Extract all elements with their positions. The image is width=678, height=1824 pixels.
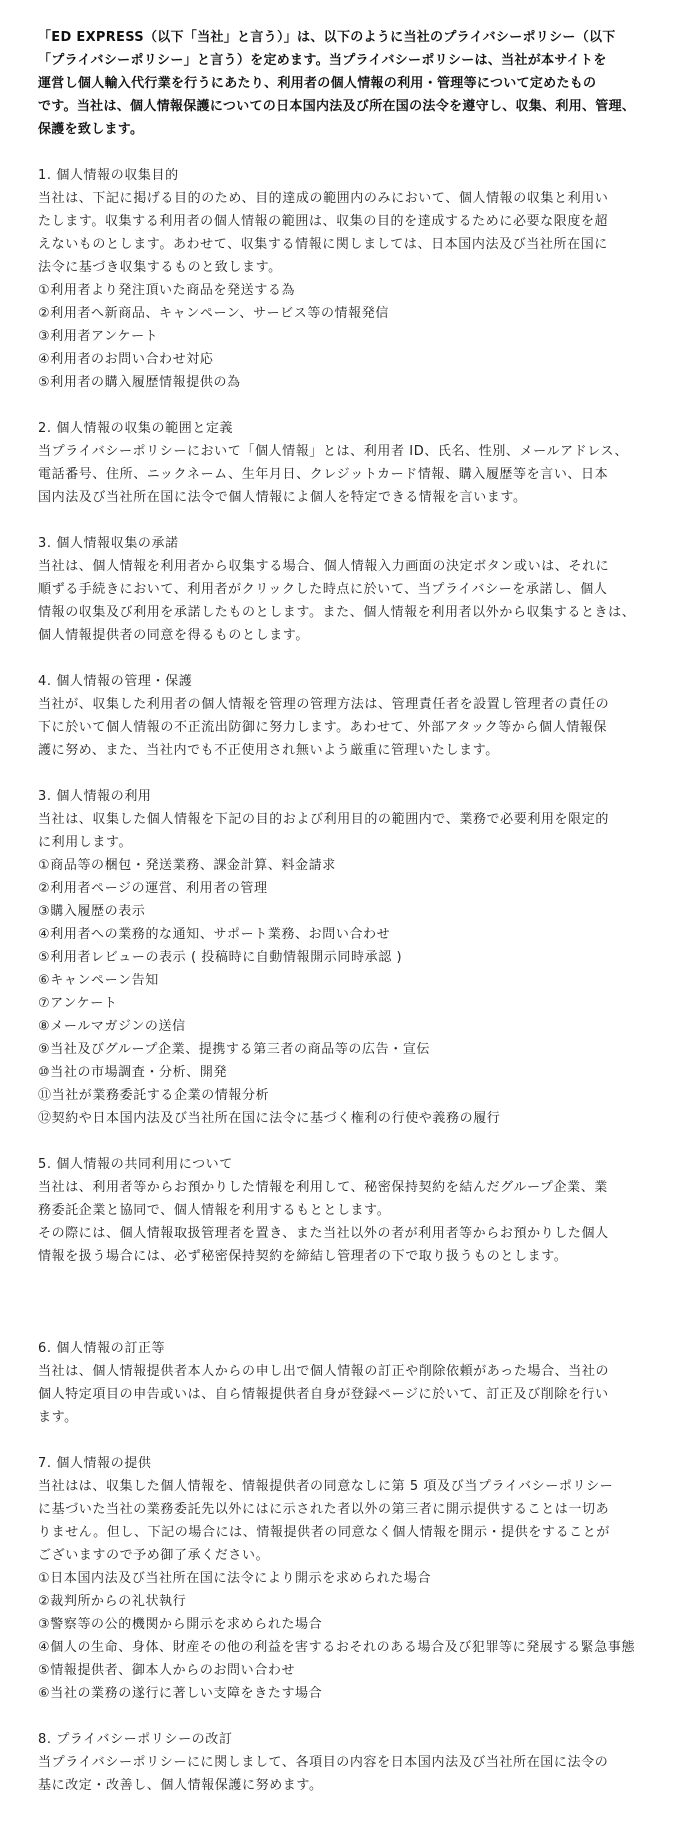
- list-item: ⑩当社の市場調査・分析、開発: [38, 1061, 648, 1084]
- section-disclosure: 7. 個人情報の提供 当社はは、収集した個人情報を、情報提供者の同意なしに第 5…: [38, 1452, 648, 1705]
- section-collection-purpose: 1. 個人情報の収集目的 当社は、下記に掲げる目的のため、目的達成の範囲内のみに…: [38, 164, 648, 394]
- section-body-line: 個人情報提供者の同意を得るものとします。: [38, 624, 648, 647]
- intro-line: です。当社は、個人情報保護についての日本国内法及び所在国の法令を遵守し、収集、利…: [38, 95, 648, 118]
- intro-line: 「ED EXPRESS（以下「当社」と言う）」は、以下のように当社のプライバシー…: [38, 26, 648, 49]
- section-body-line: えないものとします。あわせて、収集する情報に関しましては、日本国内法及び当社所在…: [38, 233, 648, 256]
- list-item: ⑨当社及びグループ企業、提携する第三者の商品等の広告・宣伝: [38, 1038, 648, 1061]
- list-item: ②利用者ページの運営、利用者の管理: [38, 877, 648, 900]
- list-item: ④利用者への業務的な通知、サポート業務、お問い合わせ: [38, 923, 648, 946]
- section-body-line: 個人特定項目の申告或いは、自ら情報提供者自身が登録ページに於いて、訂正及び削除を…: [38, 1383, 648, 1406]
- section-body-line: 下に於いて個人情報の不正流出防御に努力します。あわせて、外部アタック等から個人情…: [38, 716, 648, 739]
- section-body-line: 護に努め、また、当社内でも不正使用され無いよう厳重に管理いたします。: [38, 739, 648, 762]
- list-item: ③警察等の公的機関から開示を求められた場合: [38, 1613, 648, 1636]
- section-list: ①日本国内法及び当社所在国に法令により開示を求められた場合 ②裁判所からの礼状執…: [38, 1567, 648, 1705]
- section-heading: 1. 個人情報の収集目的: [38, 164, 648, 187]
- section-body-line: 当社は、個人情報提供者本人からの申し出で個人情報の訂正や削除依頼があった場合、当…: [38, 1360, 648, 1383]
- intro-line: 「プライバシーポリシー」と言う）を定めます。当プライバシーポリシーは、当社が本サ…: [38, 49, 648, 72]
- section-correction: 6. 個人情報の訂正等 当社は、個人情報提供者本人からの申し出で個人情報の訂正や…: [38, 1337, 648, 1429]
- privacy-policy-page: 「ED EXPRESS（以下「当社」と言う）」は、以下のように当社のプライバシー…: [0, 0, 648, 1797]
- section-body-line: に利用します。: [38, 831, 648, 854]
- list-item: ①利用者より発注頂いた商品を発送する為: [38, 279, 648, 302]
- section-body-line: 情報の収集及び利用を承諾したものとします。また、個人情報を利用者以外から収集する…: [38, 601, 648, 624]
- list-item: ④利用者のお問い合わせ対応: [38, 348, 648, 371]
- section-collection-consent: 3. 個人情報収集の承諾 当社は、個人情報を利用者から収集する場合、個人情報入力…: [38, 532, 648, 647]
- section-body-line: 当プライバシーポリシーにに関しまして、各項目の内容を日本国内法及び当社所在国に法…: [38, 1751, 648, 1774]
- list-item: ①日本国内法及び当社所在国に法令により開示を求められた場合: [38, 1567, 648, 1590]
- list-item: ⑤利用者の購入履歴情報提供の為: [38, 371, 648, 394]
- section-body-line: 当プライバシーポリシーにおいて「個人情報」とは、利用者 ID、氏名、性別、メール…: [38, 440, 648, 463]
- section-body-line: 電話番号、住所、ニックネーム、生年月日、クレジットカード情報、購入履歴等を言い、…: [38, 463, 648, 486]
- section-body-line: 当社が、収集した利用者の個人情報を管理の管理方法は、管理責任者を設置し管理者の責…: [38, 693, 648, 716]
- section-heading: 4. 個人情報の管理・保護: [38, 670, 648, 693]
- list-item: ②利用者へ新商品、キャンペーン、サービス等の情報発信: [38, 302, 648, 325]
- section-management-protection: 4. 個人情報の管理・保護 当社が、収集した利用者の個人情報を管理の管理方法は、…: [38, 670, 648, 762]
- list-item: ⑪当社が業務委託する企業の情報分析: [38, 1084, 648, 1107]
- section-body-line: 当社は、収集した個人情報を下記の目的および利用目的の範囲内で、業務で必要利用を限…: [38, 808, 648, 831]
- section-heading: 3. 個人情報の利用: [38, 785, 648, 808]
- section-heading: 2. 個人情報の収集の範囲と定義: [38, 417, 648, 440]
- section-policy-revision: 8. プライバシーポリシーの改訂 当プライバシーポリシーにに関しまして、各項目の…: [38, 1728, 648, 1797]
- intro-paragraph: 「ED EXPRESS（以下「当社」と言う）」は、以下のように当社のプライバシー…: [38, 26, 648, 141]
- section-body-line: 務委託企業と協同で、個人情報を利用するもととします。: [38, 1199, 648, 1222]
- section-body-line: 基に改定・改善し、個人情報保護に努めます。: [38, 1774, 648, 1797]
- section-list: ①利用者より発注頂いた商品を発送する為 ②利用者へ新商品、キャンペーン、サービス…: [38, 279, 648, 394]
- section-body-line: 当社はは、収集した個人情報を、情報提供者の同意なしに第 5 項及び当プライバシー…: [38, 1475, 648, 1498]
- list-item: ⑦アンケート: [38, 992, 648, 1015]
- section-body-line: 順ずる手続きにおいて、利用者がクリックした時点に於いて、当プライバシーを承諾し、…: [38, 578, 648, 601]
- section-body-line: たします。収集する利用者の個人情報の範囲は、収集の目的を達成するために必要な限度…: [38, 210, 648, 233]
- list-item: ⑤利用者レビューの表示 ( 投稿時に自動情報開示同時承認 ): [38, 946, 648, 969]
- list-item: ④個人の生命、身体、財産その他の利益を害するおそれのある場合及び犯罪等に発展する…: [38, 1636, 648, 1659]
- intro-line: 運営し個人輸入代行業を行うにあたり、利用者の個人情報の利用・管理等について定めた…: [38, 72, 648, 95]
- section-body-line: 当社は、下記に掲げる目的のため、目的達成の範囲内のみにおいて、個人情報の収集と利…: [38, 187, 648, 210]
- list-item: ③利用者アンケート: [38, 325, 648, 348]
- list-item: ②裁判所からの礼状執行: [38, 1590, 648, 1613]
- list-item: ⑧メールマガジンの送信: [38, 1015, 648, 1038]
- section-list: ①商品等の梱包・発送業務、課金計算、料金請求 ②利用者ページの運営、利用者の管理…: [38, 854, 648, 1130]
- list-item: ③購入履歴の表示: [38, 900, 648, 923]
- section-joint-use: 5. 個人情報の共同利用について 当社は、利用者等からお預かりした情報を利用して…: [38, 1153, 648, 1268]
- section-heading: 7. 個人情報の提供: [38, 1452, 648, 1475]
- section-body-line: 当社は、利用者等からお預かりした情報を利用して、秘密保持契約を結んだグループ企業…: [38, 1176, 648, 1199]
- list-item: ①商品等の梱包・発送業務、課金計算、料金請求: [38, 854, 648, 877]
- section-body-line: りません。但し、下記の場合には、情報提供者の同意なく個人情報を開示・提供をするこ…: [38, 1521, 648, 1544]
- section-body-line: 情報を扱う場合には、必ず秘密保持契約を締結し管理者の下で取り扱うものとします。: [38, 1245, 648, 1268]
- section-body-line: 国内法及び当社所在国に法令で個人情報によ個人を特定できる情報を言います。: [38, 486, 648, 509]
- section-heading: 8. プライバシーポリシーの改訂: [38, 1728, 648, 1751]
- section-body-line: 法令に基づき収集するものと致します。: [38, 256, 648, 279]
- section-information-use: 3. 個人情報の利用 当社は、収集した個人情報を下記の目的および利用目的の範囲内…: [38, 785, 648, 1130]
- section-heading: 5. 個人情報の共同利用について: [38, 1153, 648, 1176]
- list-item: ⑥キャンペーン告知: [38, 969, 648, 992]
- intro-line: 保護を致します。: [38, 118, 648, 141]
- section-body-line: ます。: [38, 1406, 648, 1429]
- section-body-line: 当社は、個人情報を利用者から収集する場合、個人情報入力画面の決定ボタン或いは、そ…: [38, 555, 648, 578]
- section-heading: 6. 個人情報の訂正等: [38, 1337, 648, 1360]
- section-collection-scope: 2. 個人情報の収集の範囲と定義 当プライバシーポリシーにおいて「個人情報」とは…: [38, 417, 648, 509]
- section-body-line: に基づいた当社の業務委託先以外にはに示された者以外の第三者に開示提供することは一…: [38, 1498, 648, 1521]
- section-body-line: ございますので予め御了承ください。: [38, 1544, 648, 1567]
- list-item: ⑤情報提供者、御本人からのお問い合わせ: [38, 1659, 648, 1682]
- list-item: ⑫契約や日本国内法及び当社所在国に法令に基づく権利の行使や義務の履行: [38, 1107, 648, 1130]
- list-item: ⑥当社の業務の遂行に著しい支障をきたす場合: [38, 1682, 648, 1705]
- section-body-line: その際には、個人情報取扱管理者を置き、また当社以外の者が利用者等からお預かりした…: [38, 1222, 648, 1245]
- section-heading: 3. 個人情報収集の承諾: [38, 532, 648, 555]
